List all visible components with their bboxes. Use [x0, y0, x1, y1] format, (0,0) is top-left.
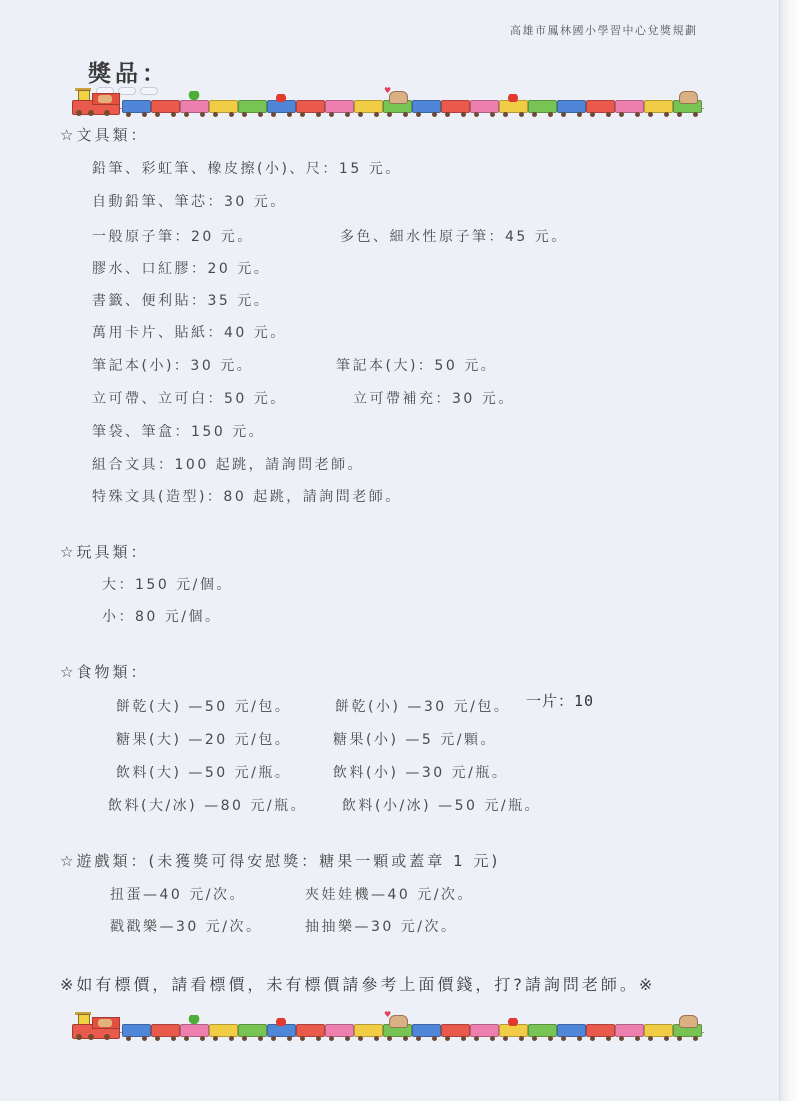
train-car-icon — [644, 1024, 673, 1037]
plant-icon — [187, 1015, 201, 1025]
locomotive-icon — [72, 88, 118, 118]
train-car-icon — [151, 100, 180, 113]
apple-icon — [274, 94, 288, 102]
list-item: 筆記本(大)：50 元。 — [336, 355, 497, 375]
list-item: 萬用卡片、貼紙：40 元。 — [92, 322, 287, 342]
train-car-icon — [151, 1024, 180, 1037]
train-car-icon — [528, 1024, 557, 1037]
train-car-icon — [586, 100, 615, 113]
train-car-icon — [499, 100, 528, 113]
train-car-icon — [209, 1024, 238, 1037]
train-car-icon: ♥ — [383, 1024, 412, 1037]
train-car-icon — [325, 1024, 354, 1037]
handwritten-note: 一片：10 — [526, 690, 594, 711]
train-car-icon — [296, 1024, 325, 1037]
bear-icon — [679, 1015, 698, 1028]
train-car-icon — [557, 100, 586, 113]
train-car-icon — [267, 100, 296, 113]
train-car-icon — [238, 100, 267, 113]
list-item: 扭蛋—40 元/次。 — [110, 884, 246, 904]
list-item: 飲料(大/冰) —80 元/瓶。 — [108, 795, 307, 815]
train-car-icon — [673, 100, 702, 113]
train-car-icon — [673, 1024, 702, 1037]
heart-icon: ♥ — [384, 86, 391, 95]
list-item: 戳戳樂—30 元/次。 — [110, 916, 262, 936]
train-car-icon — [354, 100, 383, 113]
train-car-icon — [122, 1024, 151, 1037]
train-car-icon — [586, 1024, 615, 1037]
train-car-icon — [528, 100, 557, 113]
train-car-icon — [470, 100, 499, 113]
train-car-icon — [615, 100, 644, 113]
locomotive-icon — [72, 1012, 118, 1042]
list-item: 特殊文具(造型)：80 起跳，請詢問老師。 — [92, 486, 402, 506]
train-border-top: ♥ — [72, 86, 704, 120]
train-car-icon: ♥ — [383, 100, 412, 113]
apple-icon — [506, 1018, 520, 1026]
list-item: 糖果(大) —20 元/包。 — [116, 729, 291, 749]
bear-icon — [389, 91, 408, 104]
apple-icon — [506, 94, 520, 102]
list-item: 夾娃娃機—40 元/次。 — [305, 884, 474, 904]
train-car-icon — [412, 1024, 441, 1037]
list-item: 餅乾(大) —50 元/包。 — [116, 696, 291, 716]
list-item: 多色、細水性原子筆：45 元。 — [340, 226, 568, 246]
train-car-icon — [325, 100, 354, 113]
train-car-icon — [441, 1024, 470, 1037]
apple-icon — [274, 1018, 288, 1026]
list-item: 組合文具：100 起跳，請詢問老師。 — [92, 454, 364, 474]
train-car-icon — [354, 1024, 383, 1037]
bear-icon — [389, 1015, 408, 1028]
list-item: 筆袋、筆盒：150 元。 — [92, 421, 265, 441]
train-car-icon — [470, 1024, 499, 1037]
list-item: 立可帶、立可白：50 元。 — [92, 388, 287, 408]
heart-icon: ♥ — [384, 1010, 391, 1019]
list-item: 飲料(小/冰) —50 元/瓶。 — [342, 795, 541, 815]
page-edge — [779, 0, 800, 1101]
train-border-bottom: ♥ — [72, 1010, 704, 1044]
train-car-icon — [296, 100, 325, 113]
header-note: 高雄市鳳林國小學習中心兌獎規劃 — [510, 22, 698, 38]
train-car-icon — [412, 100, 441, 113]
list-item: 鉛筆、彩虹筆、橡皮擦(小)、尺：15 元。 — [92, 158, 402, 178]
section-heading-food: ☆食物類： — [60, 661, 148, 682]
price-notice: ※如有標價，請看標價，未有標價請參考上面價錢，打?請詢問老師。※ — [60, 972, 655, 995]
train-car-icon — [209, 100, 238, 113]
train-car-icon — [557, 1024, 586, 1037]
train-car-icon — [644, 100, 673, 113]
list-item: 大：150 元/個。 — [102, 574, 233, 594]
list-item: 立可帶補充：30 元。 — [353, 388, 515, 408]
train-car-icon — [180, 100, 209, 113]
train-car-icon — [122, 100, 151, 113]
section-heading-stationery: ☆文具類： — [60, 124, 148, 145]
list-item: 飲料(小) —30 元/瓶。 — [333, 762, 508, 782]
section-heading-games: ☆遊戲類：(未獲獎可得安慰獎：糖果一顆或蓋章 1 元) — [60, 850, 500, 871]
list-item: 書籤、便利貼：35 元。 — [92, 290, 270, 310]
train-car-icon — [180, 1024, 209, 1037]
train-car-icon — [441, 100, 470, 113]
train-car-icon — [238, 1024, 267, 1037]
train-car-icon — [499, 1024, 528, 1037]
section-heading-toys: ☆玩具類： — [60, 541, 148, 562]
list-item: 糖果(小) —5 元/顆。 — [333, 729, 497, 749]
list-item: 飲料(大) —50 元/瓶。 — [116, 762, 291, 782]
list-item: 抽抽樂—30 元/次。 — [305, 916, 457, 936]
list-item: 自動鉛筆、筆芯：30 元。 — [92, 191, 287, 211]
list-item: 小：80 元/個。 — [102, 606, 221, 626]
train-car-icon — [267, 1024, 296, 1037]
bear-icon — [679, 91, 698, 104]
plant-icon — [187, 91, 201, 101]
list-item: 一般原子筆：20 元。 — [92, 226, 254, 246]
list-item: 膠水、口紅膠：20 元。 — [92, 258, 270, 278]
list-item: 筆記本(小)：30 元。 — [92, 355, 253, 375]
list-item: 餅乾(小) —30 元/包。 — [335, 696, 510, 716]
train-car-icon — [615, 1024, 644, 1037]
